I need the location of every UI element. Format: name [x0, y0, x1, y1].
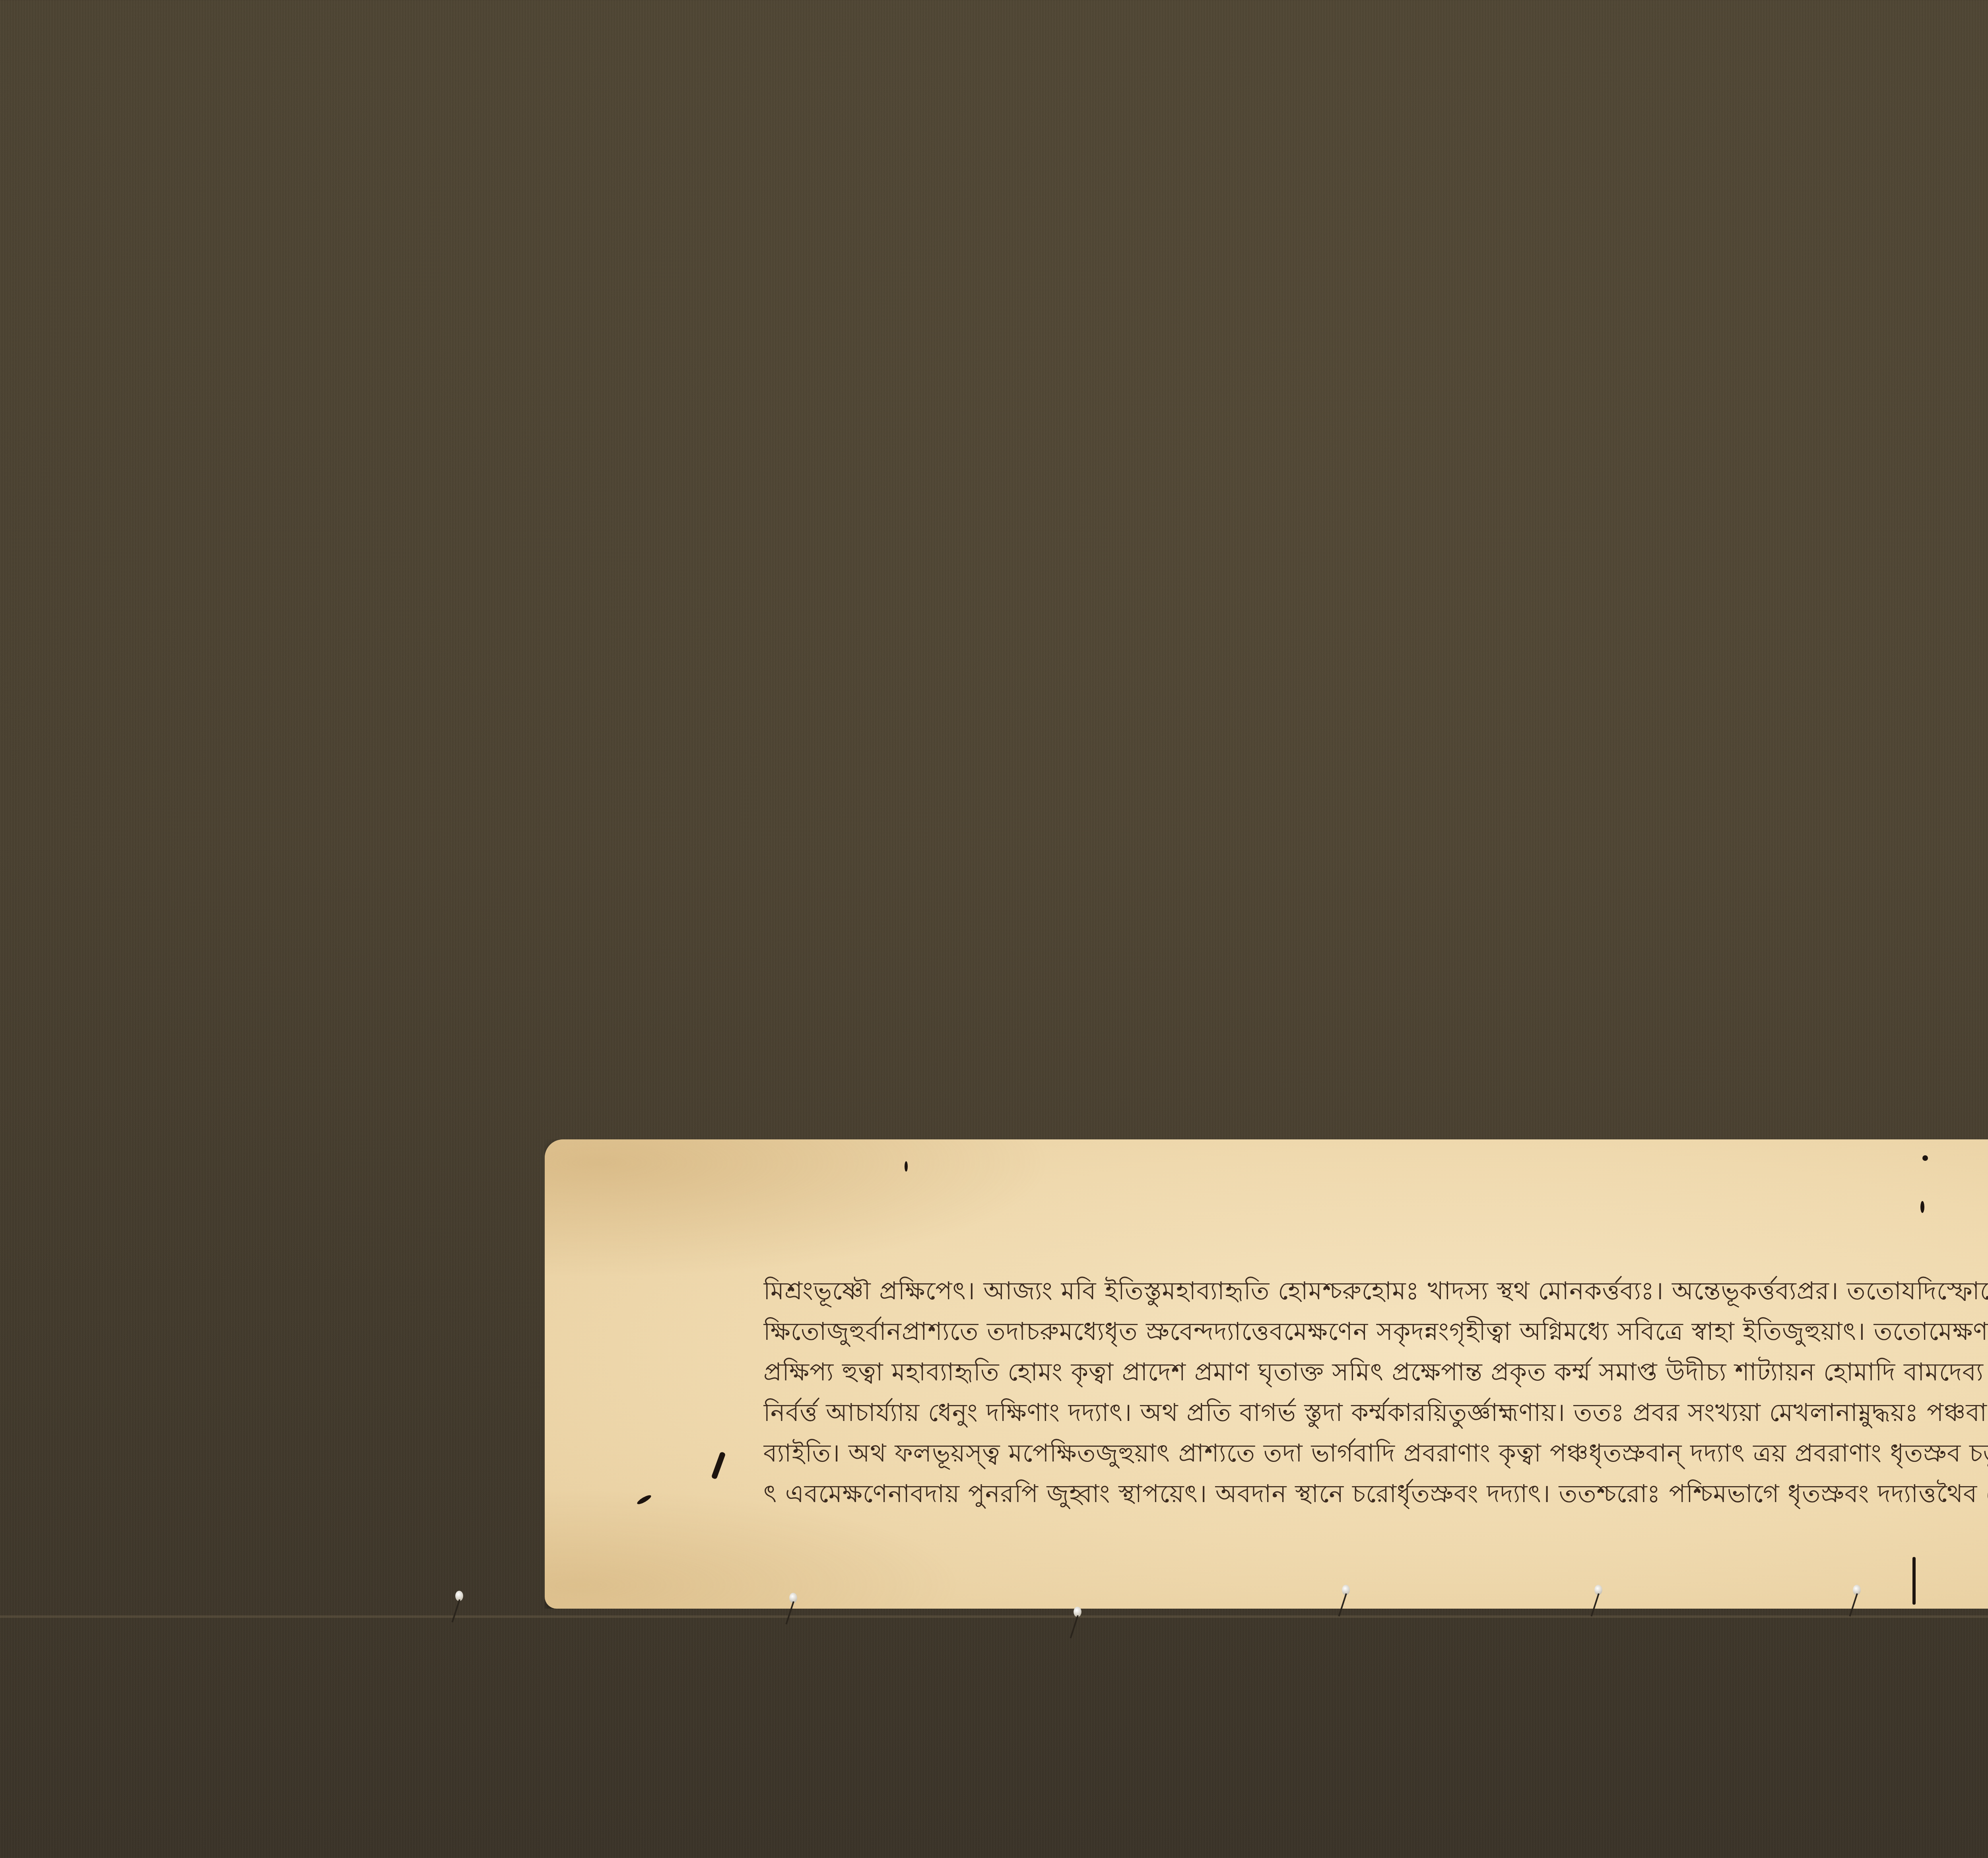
- pin-icon: [789, 1593, 798, 1605]
- manuscript-line-5: ব্যাইতি। অথ ফলভূয়স্ত্ব মপেক্ষিতজুহুয়াৎ…: [763, 1433, 1988, 1473]
- manuscript-line-1: মিশ্রংভূষ্ণৌ প্রক্ষিপেৎ। আজ্যং মবি ইতিস্…: [763, 1271, 1988, 1311]
- ink-blot: [711, 1452, 726, 1480]
- pin-icon: [1853, 1585, 1862, 1597]
- ink-blot: [905, 1161, 908, 1172]
- pin-icon: [1594, 1585, 1603, 1597]
- manuscript-text: মিশ্রংভূষ্ণৌ প্রক্ষিপেৎ। আজ্যং মবি ইতিস্…: [763, 1271, 1988, 1514]
- ink-blot: [1912, 1557, 1916, 1605]
- pin-icon: [455, 1591, 464, 1603]
- ink-blot: [1920, 1201, 1924, 1213]
- ink-blot: [636, 1494, 652, 1506]
- manuscript-line-2: ক্ষিতোজুহুর্বানপ্রাশ্যতে তদাচরুমধ্যেধৃত …: [763, 1311, 1988, 1352]
- manuscript-line-6: ৎ এবমেক্ষণেনাবদায় পুনরপি জুহ্বাং স্থাপয…: [763, 1473, 1988, 1514]
- manuscript-line-3: প্রক্ষিপ্য হুত্বা মহাব্যাহৃতি হোমং কৃত্ব…: [763, 1352, 1988, 1392]
- manuscript-leaf: মিশ্রংভূষ্ণৌ প্রক্ষিপেৎ। আজ্যং মবি ইতিস্…: [545, 1139, 1988, 1609]
- ink-blot: [1922, 1155, 1928, 1161]
- pin-icon: [1074, 1607, 1082, 1619]
- manuscript-line-4: নির্বর্ত্ত আচার্য্যায় ধেনুং দক্ষিণাং দদ…: [763, 1392, 1988, 1433]
- pin-icon: [1342, 1585, 1351, 1597]
- cloth-seam: [0, 1615, 1988, 1618]
